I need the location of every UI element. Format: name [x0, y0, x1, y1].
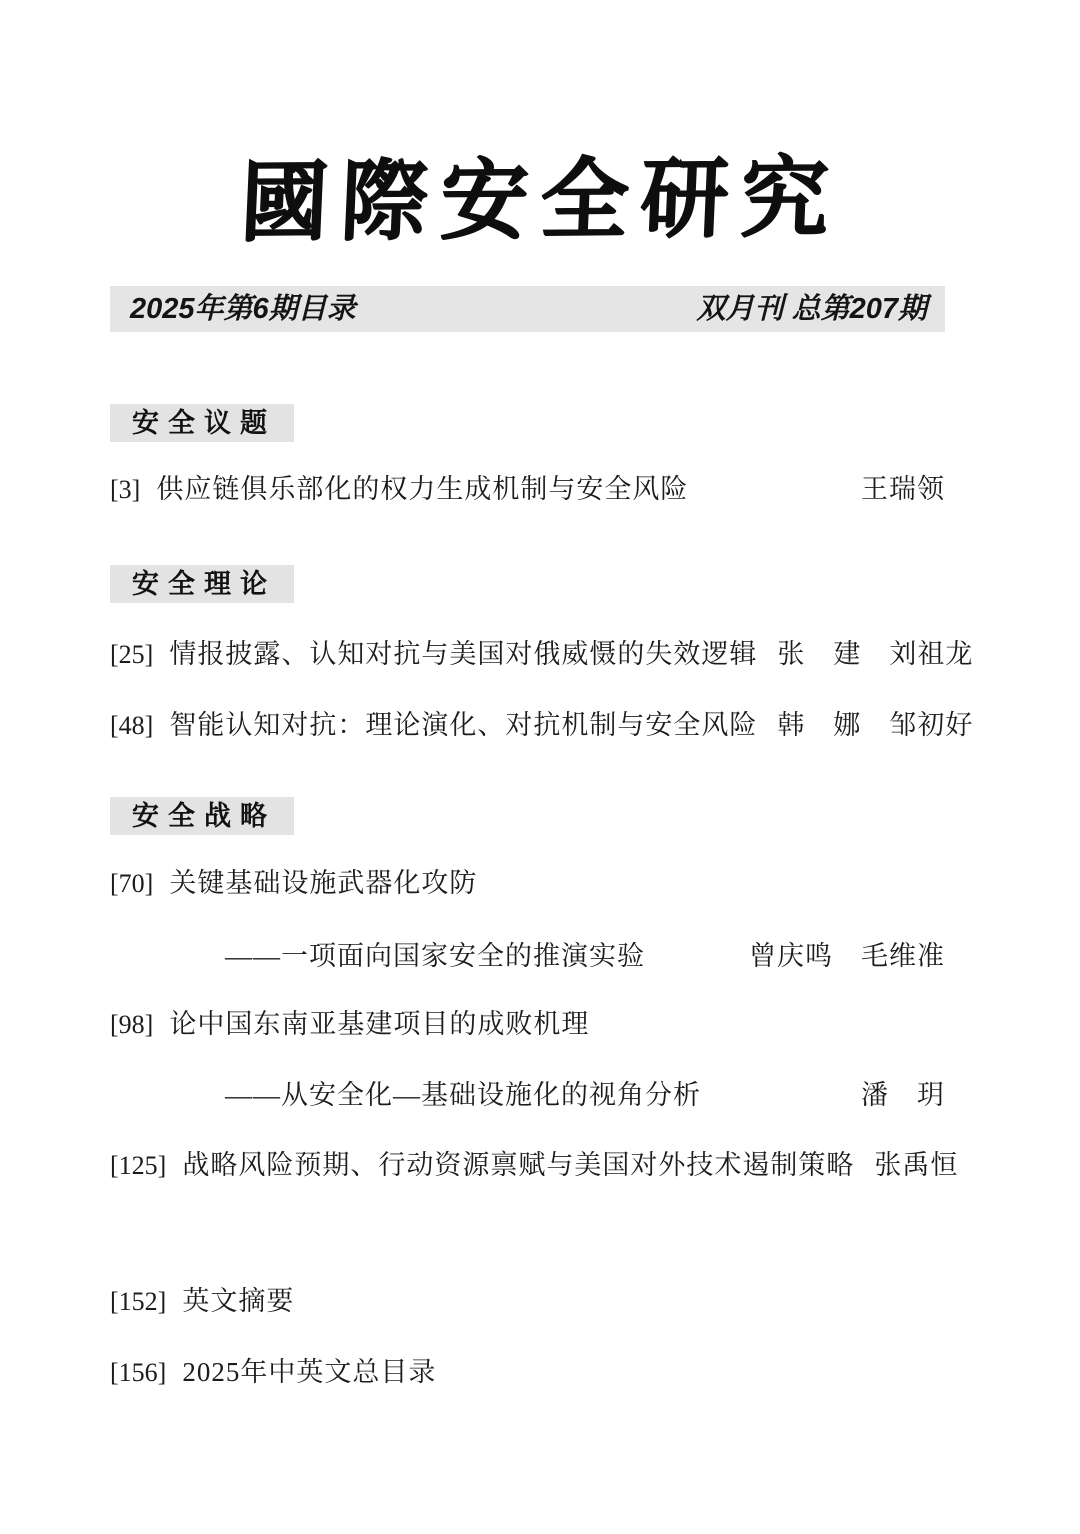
toc-entry: [125] 战略风险预期、行动资源禀赋与美国对外技术遏制策略 张禹恒 [110, 1150, 945, 1181]
entry-subtitle: ——从安全化—基础设施化的视角分析 [225, 1080, 701, 1110]
entry-title: 供应链俱乐部化的权力生成机制与安全风险 [156, 474, 688, 504]
toc-entry: [98] 论中国东南亚基建项目的成败机理 [110, 1009, 945, 1040]
toc-entry: [152] 英文摘要 [110, 1286, 945, 1317]
entry-title: 英文摘要 [182, 1286, 294, 1316]
entry-authors: 张禹恒 [854, 1150, 958, 1180]
entry-page-number: [48] [110, 711, 153, 741]
toc-page: 國際安全研究 2025年第6期目录 双月刊 总第207期 安全议题 [3] 供应… [0, 0, 1080, 1534]
toc-entry-subtitle-row: ——一项面向国家安全的推演实验 曾庆鸣 毛维准 [110, 941, 945, 971]
entry-page-number: [152] [110, 1287, 166, 1317]
entry-title: 战略风险预期、行动资源禀赋与美国对外技术遏制策略 [182, 1150, 854, 1180]
entry-title: 智能认知对抗：理论演化、对抗机制与安全风险 [169, 710, 757, 740]
toc-entry: [48] 智能认知对抗：理论演化、对抗机制与安全风险 韩 娜 邹初好 [110, 710, 945, 741]
toc-entry: [25] 情报披露、认知对抗与美国对俄威慑的失效逻辑 张 建 刘祖龙 [110, 639, 945, 670]
entry-authors: 潘 玥 [841, 1080, 945, 1110]
entry-title: 2025年中英文总目录 [182, 1357, 436, 1387]
toc-entry: [3] 供应链俱乐部化的权力生成机制与安全风险 王瑞领 [110, 474, 945, 505]
entry-page-number: [156] [110, 1358, 166, 1388]
entry-page-number: [70] [110, 869, 153, 899]
section-heading-security-theory: 安全理论 [110, 565, 294, 603]
masthead-wrap: 國際安全研究 [0, 0, 1080, 256]
entry-page-number: [125] [110, 1151, 166, 1181]
section-heading-security-issues: 安全议题 [110, 404, 294, 442]
frequency-label: 双月刊 总第207期 [697, 292, 927, 326]
toc-entry-subtitle-row: ——从安全化—基础设施化的视角分析 潘 玥 [110, 1080, 945, 1110]
entry-title: 情报披露、认知对抗与美国对俄威慑的失效逻辑 [169, 639, 757, 669]
entry-authors: 曾庆鸣 毛维准 [729, 941, 945, 971]
entry-page-number: [3] [110, 475, 140, 505]
toc-entry: [70] 关键基础设施武器化攻防 [110, 868, 945, 899]
issue-bar: 2025年第6期目录 双月刊 总第207期 [110, 286, 945, 332]
section-heading-security-strategy: 安全战略 [110, 797, 294, 835]
entry-authors: 王瑞领 [841, 474, 945, 504]
entry-subtitle: ——一项面向国家安全的推演实验 [225, 941, 645, 971]
entry-authors: 韩 娜 邹初好 [757, 710, 973, 740]
entry-title: 论中国东南亚基建项目的成败机理 [169, 1009, 589, 1039]
entry-title: 关键基础设施武器化攻防 [169, 868, 477, 898]
issue-label: 2025年第6期目录 [130, 292, 356, 326]
entry-page-number: [98] [110, 1010, 153, 1040]
journal-masthead: 國際安全研究 [237, 145, 842, 258]
toc-entry: [156] 2025年中英文总目录 [110, 1357, 945, 1388]
toc-content: 安全议题 [3] 供应链俱乐部化的权力生成机制与安全风险 王瑞领 安全理论 [2… [0, 404, 1080, 1388]
entry-authors: 张 建 刘祖龙 [757, 639, 973, 669]
entry-page-number: [25] [110, 640, 153, 670]
